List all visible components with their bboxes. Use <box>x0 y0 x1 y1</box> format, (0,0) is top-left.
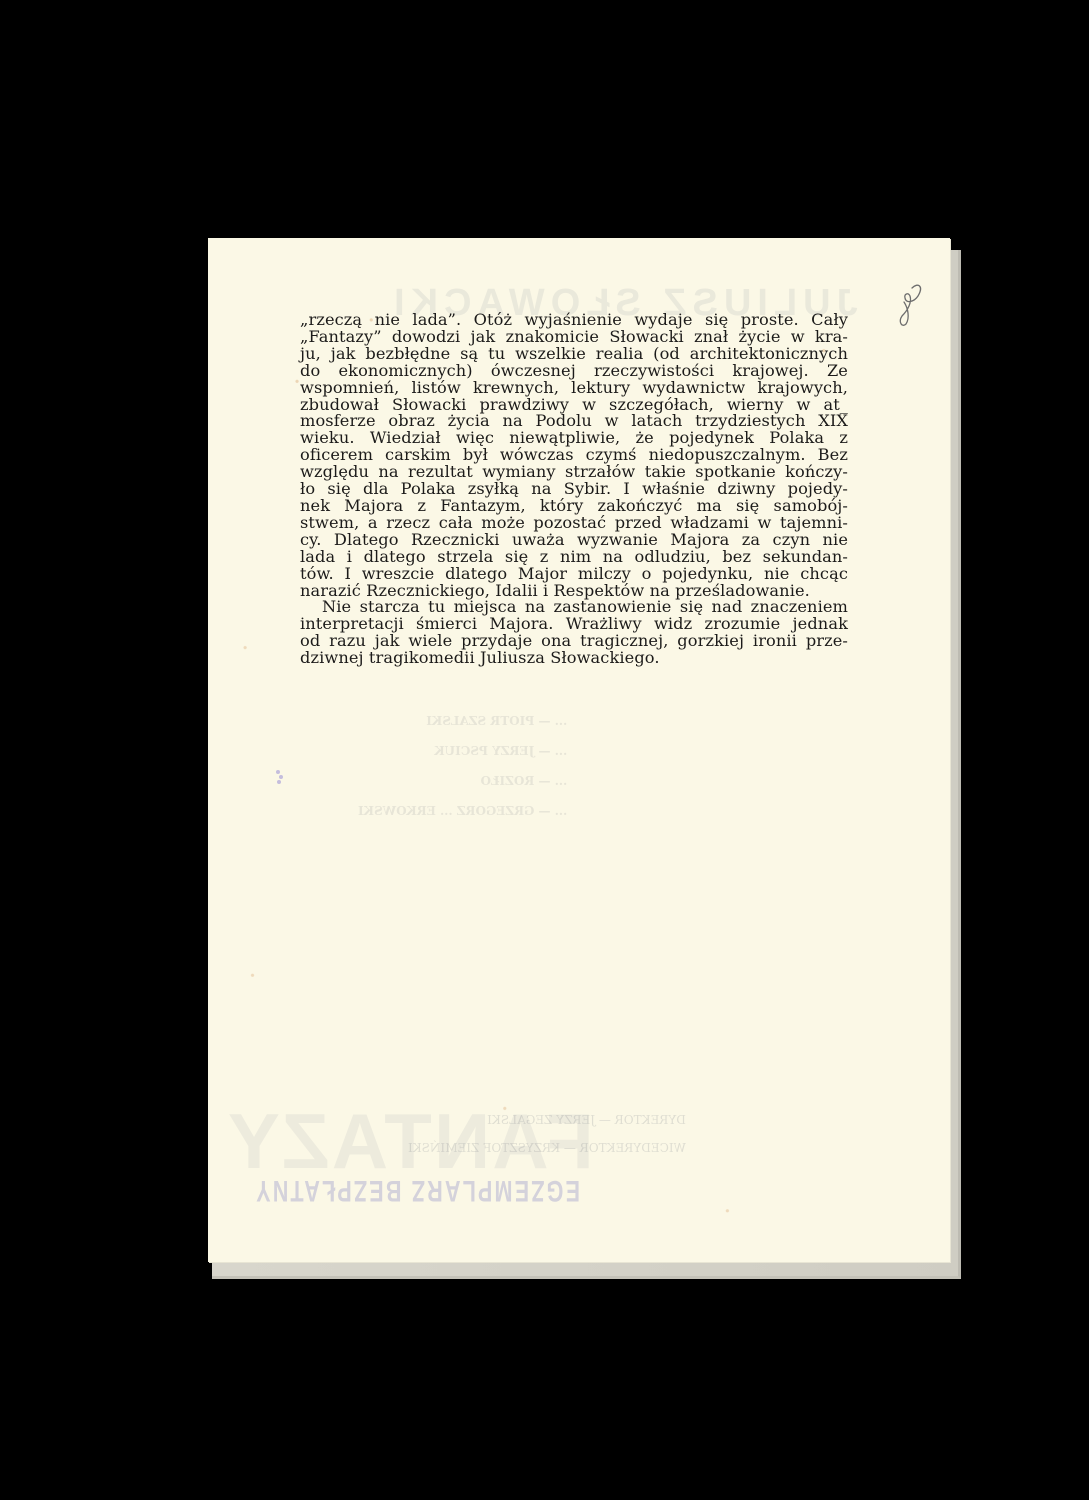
bleed-director-line: WICEDYREKTOR — KRZYSZTOF ZIEMIŃSKI <box>408 1134 686 1162</box>
document-page: JULIUSZ SŁOWACKI ... — PIOTR SZALSKI ...… <box>208 238 950 1262</box>
text-line: tów. I wreszcie dlatego Major milczy o p… <box>300 566 848 583</box>
paragraph-1: „rzeczą nie lada”. Otóż wyjaśnienie wyda… <box>300 312 848 599</box>
bleed-through-director: DYREKTOR — JERZY ZEGALSKI WICEDYREKTOR —… <box>408 1106 686 1162</box>
body-text: „rzeczą nie lada”. Otóż wyjaśnienie wyda… <box>300 312 848 667</box>
ink-spot-icon <box>276 770 284 784</box>
paragraph-2: Nie starcza tu miejsca na zastanowienie … <box>300 599 848 667</box>
bleed-credit-line: ... — ROZIŁO <box>358 766 567 796</box>
bleed-credit-line: ... — JERZY PSCIUK <box>358 736 567 766</box>
bleed-director-line: DYREKTOR — JERZY ZEGALSKI <box>408 1106 686 1134</box>
bleed-credit-line: ... — GRZEGORZ ... ERKOWSKI <box>358 796 567 826</box>
free-copy-stamp: EGZEMPLARZ BEZPŁATNY <box>254 1173 580 1207</box>
bleed-through-credits: ... — PIOTR SZALSKI ... — JERZY PSCIUK .… <box>358 706 567 826</box>
handwritten-eight-icon <box>888 278 928 338</box>
bleed-credit-line: ... — PIOTR SZALSKI <box>358 706 567 736</box>
text-line: wspomnień, listów krewnych, lektury wyda… <box>300 380 848 397</box>
text-line: dziwnej tragikomedii Juliusza Słowackieg… <box>300 650 848 667</box>
handwritten-page-number <box>888 278 928 338</box>
